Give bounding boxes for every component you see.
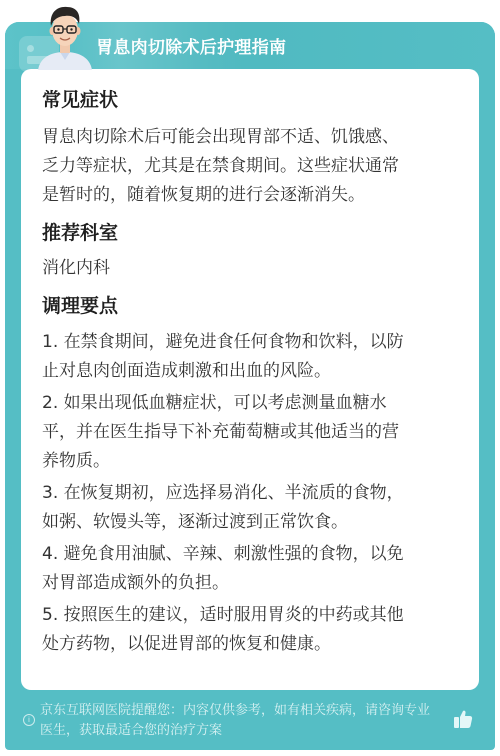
section-heading-symptoms: 常见症状 <box>42 85 118 112</box>
section-heading-care: 调理要点 <box>42 291 118 318</box>
page-title: 胃息肉切除术后护理指南 <box>96 33 286 58</box>
care-item-4: 4. 避免食用油腻、辛辣、刺激性强的食物，以免 对胃部造成额外的负担。 <box>42 540 462 598</box>
care-item-1: 1. 在禁食期间，避免进食任何食物和饮料，以防 止对息肉创面造成刺激和出血的风险… <box>42 328 462 386</box>
thumbs-up-icon[interactable] <box>452 708 474 730</box>
doctor-avatar <box>30 2 100 70</box>
symptoms-text: 胃息肉切除术后可能会出现胃部不适、饥饿感、 乏力等症状，尤其是在禁食期间。这些症… <box>42 123 462 210</box>
guide-card: 胃息肉切除术后护理指南 常见症状 胃息肉切除术后可能会出现胃部不适、饥饿感、 乏… <box>5 22 495 750</box>
section-heading-department: 推荐科室 <box>42 218 118 245</box>
disclaimer-footer: i 京东互联网医院提醒您：内容仅供参考，如有相关疾病，请咨询专业 医生，获取最适… <box>5 694 495 750</box>
care-item-2: 2. 如果出现低血糖症状，可以考虑测量血糖水 平，并在医生指导下补充葡萄糖或其他… <box>42 389 462 476</box>
department-text: 消化内科 <box>42 254 462 283</box>
disclaimer-text: 京东互联网医院提醒您：内容仅供参考，如有相关疾病，请咨询专业 医生，获取最适合您… <box>40 701 460 741</box>
care-item-3: 3. 在恢复期初，应选择易消化、半流质的食物， 如粥、软馒头等，逐渐过渡到正常饮… <box>42 479 462 537</box>
content-card: 常见症状 胃息肉切除术后可能会出现胃部不适、饥饿感、 乏力等症状，尤其是在禁食期… <box>21 69 479 690</box>
care-item-5: 5. 按照医生的建议，适时服用胃炎的中药或其他 处方药物，以促进胃部的恢复和健康… <box>42 601 462 659</box>
info-icon: i <box>23 714 35 726</box>
